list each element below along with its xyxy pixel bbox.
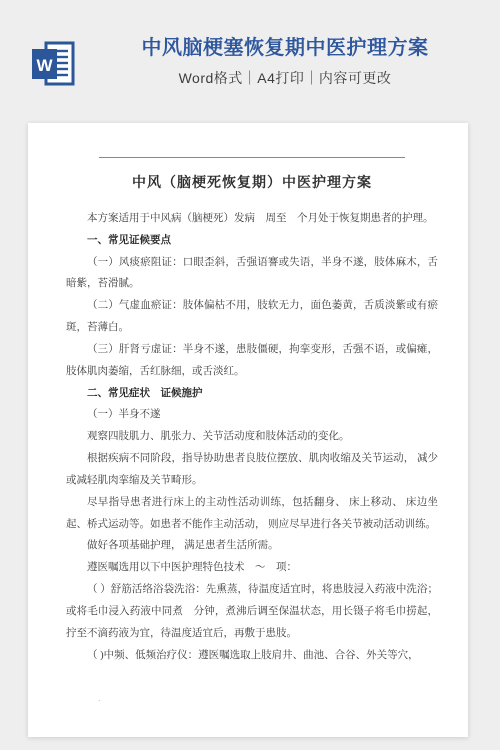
document-body: 本方案适用于中风病（脑梗死）发病 周至 个月处于恢复期患者的护理。 一、常见证候…	[66, 208, 438, 666]
template-title: 中风脑梗塞恢复期中医护理方案	[78, 34, 492, 62]
doc-paragraph: 尽早指导患者进行床上的主动性活动训练，包括翻身、 床上移动、 床边坐起、桥式运动…	[66, 492, 438, 536]
doc-paragraph: （ ）舒筋活络浴袋洗浴：先熏蒸，待温度适宜时，将患肢浸入药液中洗浴；或将毛巾浸入…	[66, 579, 438, 644]
doc-paragraph: 观察四肢肌力、肌张力、关节活动度和肢体活动的变化。	[66, 426, 438, 448]
doc-paragraph: 做好各项基础护理， 满足患者生活所需。	[66, 535, 438, 557]
word-icon: W	[29, 40, 77, 88]
template-preview-page: W 中风脑梗塞恢复期中医护理方案 Word格式｜A4打印｜内容可更改 中风（脑梗…	[0, 0, 500, 750]
doc-section-heading: 一、常见证候要点	[66, 230, 438, 252]
doc-paragraph: 本方案适用于中风病（脑梗死）发病 周至 个月处于恢复期患者的护理。	[66, 208, 438, 230]
template-subtitle: Word格式｜A4打印｜内容可更改	[78, 68, 492, 88]
preview-header: W 中风脑梗塞恢复期中医护理方案 Word格式｜A4打印｜内容可更改	[0, 34, 500, 98]
doc-paragraph: （一）风痰瘀阻证：口眼歪斜，舌强语謇或失语，半身不遂，肢体麻木，舌暗紫，苔滑腻。	[66, 252, 438, 296]
svg-text:W: W	[36, 56, 53, 75]
doc-section-heading: 二、常见症状 证候施护	[66, 383, 438, 405]
doc-paragraph: 遵医嘱选用以下中医护理特色技术 ～ 项：	[66, 557, 438, 579]
doc-paragraph: 根据疾病不同阶段，指导协助患者良肢位摆放、肌肉收缩及关节运动， 减少或减轻肌肉挛…	[66, 448, 438, 492]
doc-paragraph: （一）半身不遂	[66, 404, 438, 426]
doc-paragraph: （ )中频、低频治疗仪：遵医嘱选取上肢肩井、曲池、合谷、外关等穴，	[66, 645, 438, 667]
top-rule	[99, 157, 405, 158]
stray-dot-mark: .	[98, 693, 101, 703]
document-page: 中风（脑梗死恢复期）中医护理方案 本方案适用于中风病（脑梗死）发病 周至 个月处…	[28, 123, 468, 737]
document-title: 中风（脑梗死恢复期）中医护理方案	[66, 172, 438, 192]
doc-paragraph: （三）肝肾亏虚证：半身不遂，患肢僵硬，拘挛变形，舌强不语，或偏瘫，肢体肌肉萎缩，…	[66, 339, 438, 383]
header-text-block: 中风脑梗塞恢复期中医护理方案 Word格式｜A4打印｜内容可更改	[78, 34, 492, 88]
doc-paragraph: （二）气虚血瘀证：肢体偏枯不用，肢软无力，面色萎黄，舌质淡紫或有瘀斑，苔薄白。	[66, 295, 438, 339]
